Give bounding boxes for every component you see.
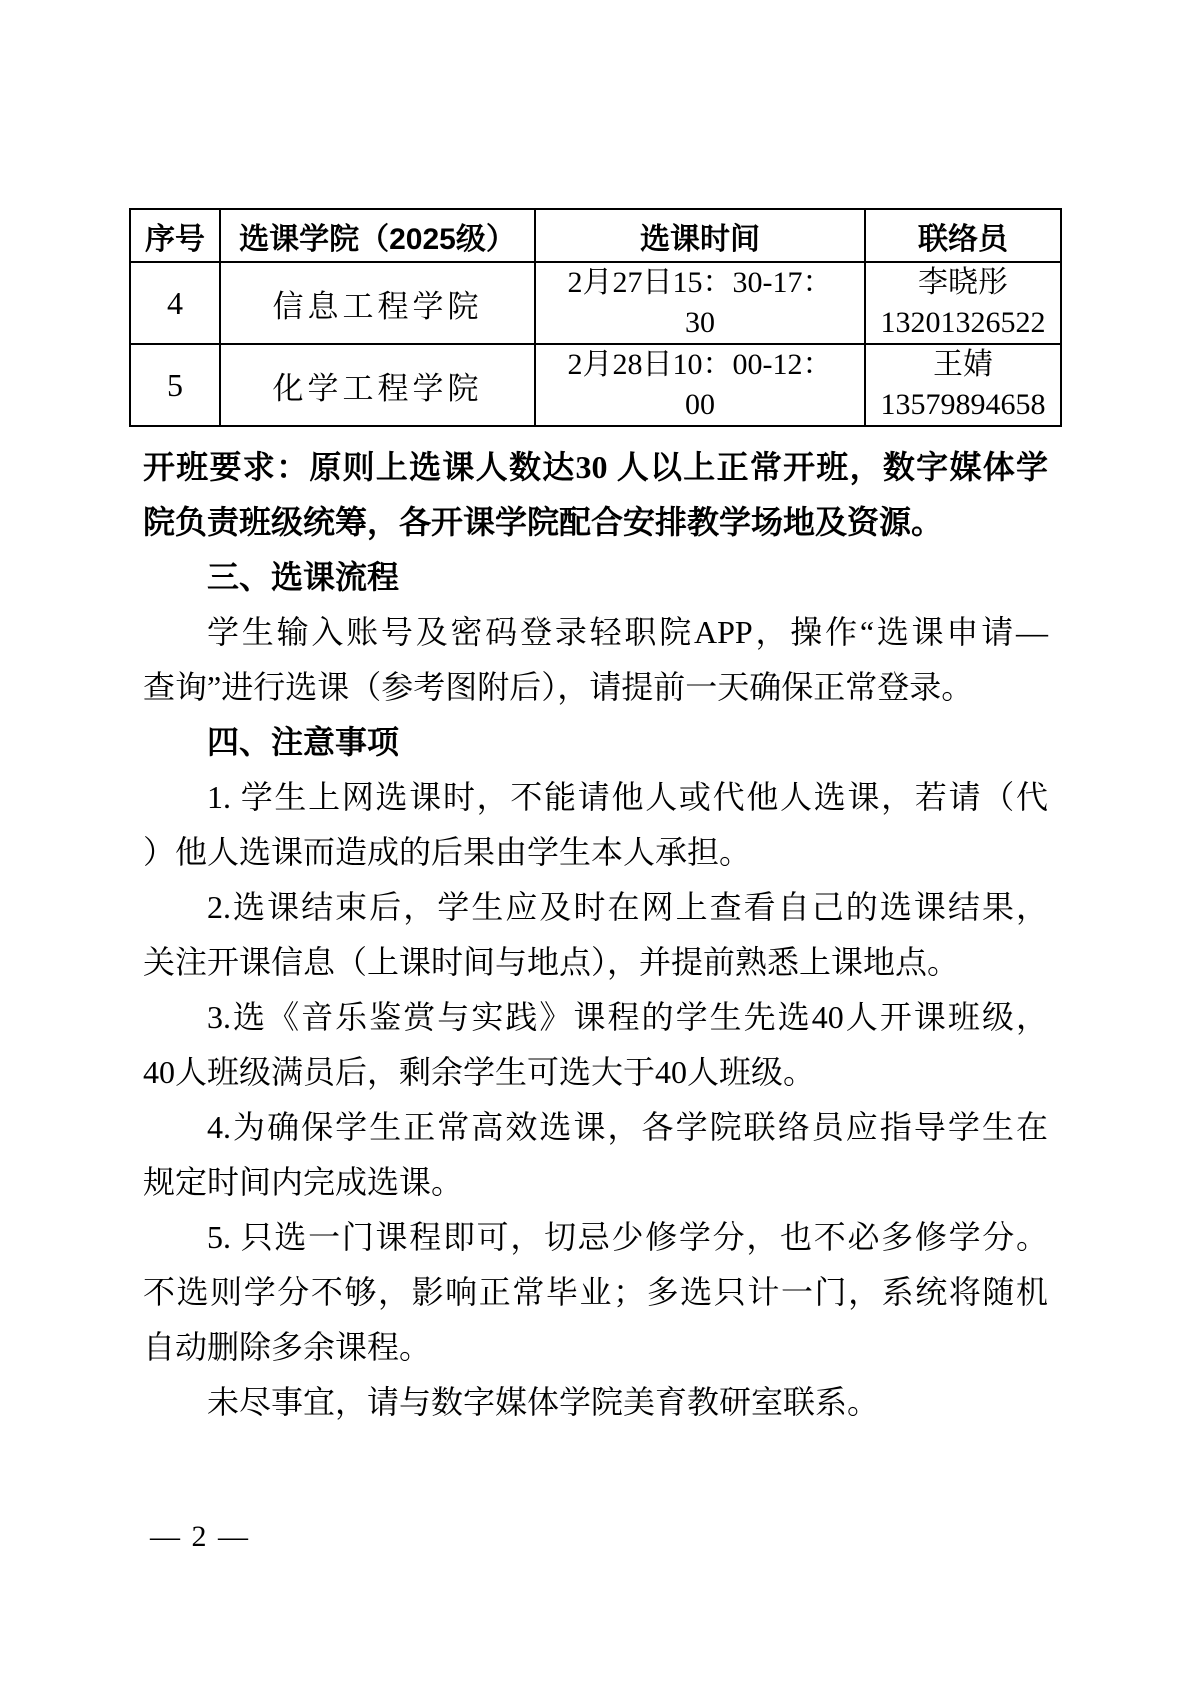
closing-line: 未尽事宜，请与数字媒体学院美育教研室联系。 <box>143 1375 1048 1430</box>
header-college: 选课学院（2025级） <box>220 209 535 262</box>
cell-contact: 王婧 13579894658 <box>865 344 1061 426</box>
section-3-body-line: 查询”进行选课（参考图附后），请提前一天确保正常登录。 <box>143 660 1048 715</box>
document-body: 开班要求：原则上选课人数达30 人以上正常开班，数字媒体学 院负责班级统筹，各开… <box>143 440 1048 1430</box>
table-header-row: 序号 选课学院（2025级） 选课时间 联络员 <box>130 209 1061 262</box>
time-line-2: 00 <box>540 385 860 425</box>
note-item-4-line: 规定时间内完成选课。 <box>143 1155 1048 1210</box>
section-3-heading: 三、选课流程 <box>143 550 1048 605</box>
section-4-heading: 四、注意事项 <box>143 715 1048 770</box>
table-row: 5 化学工程学院 2月28日10：00-12： 00 王婧 1357989465… <box>130 344 1061 426</box>
contact-phone: 13201326522 <box>870 303 1056 343</box>
time-line-2: 30 <box>540 303 860 343</box>
note-item-5-line: 不选则学分不够，影响正常毕业；多选只计一门，系统将随机 <box>143 1265 1048 1320</box>
requirement-line: 开班要求：原则上选课人数达30 人以上正常开班，数字媒体学 <box>143 440 1048 495</box>
note-item-2-line: 2.选课结束后，学生应及时在网上查看自己的选课结果， <box>143 880 1048 935</box>
course-selection-table: 序号 选课学院（2025级） 选课时间 联络员 4 信息工程学院 2月27日15… <box>129 208 1062 427</box>
contact-name: 李晓彤 <box>870 263 1056 303</box>
cell-serial-number: 5 <box>130 344 220 426</box>
cell-serial-number: 4 <box>130 262 220 344</box>
section-3-body-line: 学生输入账号及密码登录轻职院APP，操作“选课申请— <box>143 605 1048 660</box>
header-contact: 联络员 <box>865 209 1061 262</box>
cell-contact: 李晓彤 13201326522 <box>865 262 1061 344</box>
requirement-line: 院负责班级统筹，各开课学院配合安排教学场地及资源。 <box>143 495 1048 550</box>
document-page: 序号 选课学院（2025级） 选课时间 联络员 4 信息工程学院 2月27日15… <box>0 0 1191 1684</box>
note-item-2-line: 关注开课信息（上课时间与地点），并提前熟悉上课地点。 <box>143 935 1048 990</box>
note-item-4-line: 4.为确保学生正常高效选课，各学院联络员应指导学生在 <box>143 1100 1048 1155</box>
cell-time: 2月28日10：00-12： 00 <box>535 344 865 426</box>
cell-college: 信息工程学院 <box>220 262 535 344</box>
header-time: 选课时间 <box>535 209 865 262</box>
note-item-1-line: ）他人选课而造成的后果由学生本人承担。 <box>143 825 1048 880</box>
note-item-5-line: 5. 只选一门课程即可，切忌少修学分，也不必多修学分。 <box>143 1210 1048 1265</box>
cell-college: 化学工程学院 <box>220 344 535 426</box>
note-item-3-line: 40人班级满员后，剩余学生可选大于40人班级。 <box>143 1045 1048 1100</box>
note-item-1-line: 1. 学生上网选课时，不能请他人或代他人选课，若请（代 <box>143 770 1048 825</box>
note-item-5-line: 自动删除多余课程。 <box>143 1320 1048 1375</box>
cell-time: 2月27日15：30-17： 30 <box>535 262 865 344</box>
note-item-3-line: 3.选《音乐鉴赏与实践》课程的学生先选40人开课班级， <box>143 990 1048 1045</box>
time-line-1: 2月28日10：00-12： <box>540 345 860 385</box>
table-row: 4 信息工程学院 2月27日15：30-17： 30 李晓彤 132013265… <box>130 262 1061 344</box>
contact-name: 王婧 <box>870 345 1056 385</box>
header-serial-number: 序号 <box>130 209 220 262</box>
contact-phone: 13579894658 <box>870 385 1056 425</box>
page-number: — 2 — <box>150 1520 250 1554</box>
time-line-1: 2月27日15：30-17： <box>540 263 860 303</box>
